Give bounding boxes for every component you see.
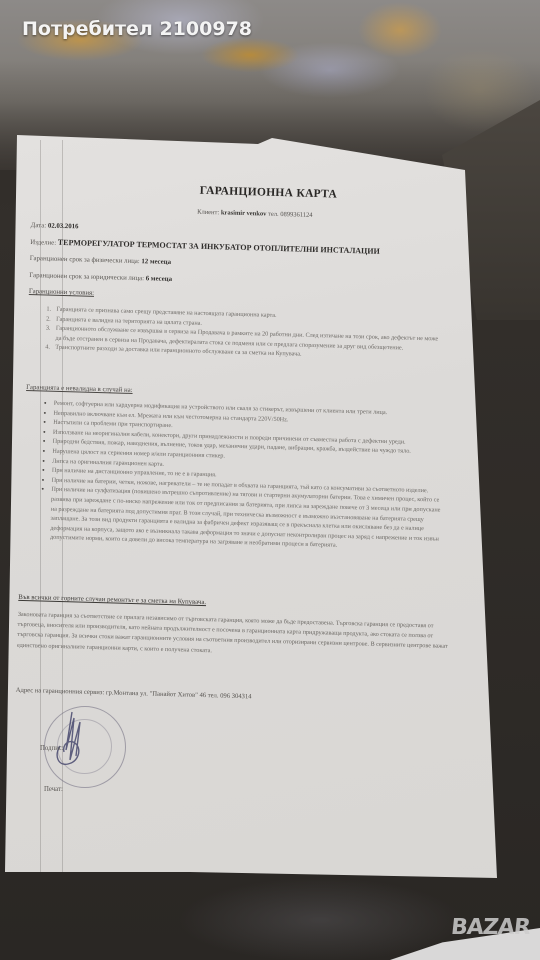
service-address: гр.Монтана ул. "Панайот Хитов" 46 тел. 0… bbox=[106, 689, 252, 700]
client-line: Клиент: krasimir venkov тел. 0899361124 bbox=[197, 209, 313, 219]
signature-label: Подпис: bbox=[40, 745, 64, 752]
invalid-list: Ремонт, софтуерна или хардуерна модифика… bbox=[40, 398, 449, 553]
legal-paragraph: Законовата гаранция за съответствие се п… bbox=[17, 610, 458, 663]
product-line: Изделие: ТЕРМОРЕГУЛАТОР ТЕРМОСТАТ ЗА ИНК… bbox=[30, 237, 380, 256]
condition-number: 3. bbox=[46, 324, 51, 334]
condition-number: 2. bbox=[46, 314, 51, 324]
stamp-label: Печат: bbox=[44, 786, 63, 793]
warranty-legal-line: Гаранционен срок за юридически лица: 6 м… bbox=[29, 272, 172, 283]
client-phone: 0899361124 bbox=[280, 211, 312, 219]
invalid-item: При наличие на сулфатизация (повишено въ… bbox=[40, 485, 446, 554]
conditions-heading: Гаранционни условия: bbox=[29, 288, 94, 297]
user-id-overlay: Потребител 2100978 bbox=[22, 18, 252, 40]
product-name: ТЕРМОРЕГУЛАТОР ТЕРМОСТАТ ЗА ИНКУБАТОР ОТ… bbox=[58, 238, 380, 256]
customer-expense-heading: Във всички от горните случаи ремонтът е … bbox=[18, 594, 206, 606]
condition-number: 1. bbox=[46, 305, 51, 315]
document-title: ГАРАНЦИОННА КАРТА bbox=[200, 185, 338, 201]
date-line: Дата: 02.03.2016 bbox=[31, 222, 79, 230]
bazar-logo: BAZAR bbox=[450, 915, 531, 940]
signature-scribble bbox=[52, 710, 92, 770]
condition-number: 4. bbox=[45, 343, 50, 353]
warranty-individual-line: Гаранционен срок за физически лица: 12 м… bbox=[30, 255, 171, 266]
client-name: krasimir venkov bbox=[221, 209, 267, 217]
warranty-individual-value: 12 месеца bbox=[141, 258, 171, 266]
document-body: ГАРАНЦИОННА КАРТА Клиент: krasimir venko… bbox=[30, 180, 470, 192]
conditions-list: 1.Гаранцията се признава само срещу пред… bbox=[45, 305, 441, 364]
service-address-line: Адрес на гаранционния сервиз: гр.Монтана… bbox=[16, 687, 252, 701]
warranty-legal-value: 6 месеца bbox=[146, 275, 172, 283]
date-value: 02.03.2016 bbox=[48, 223, 79, 231]
invalid-heading: Гаранцията е невалидна в случай на: bbox=[26, 384, 133, 394]
warranty-card: ГАРАНЦИОННА КАРТА Клиент: krasimir venko… bbox=[0, 0, 540, 960]
